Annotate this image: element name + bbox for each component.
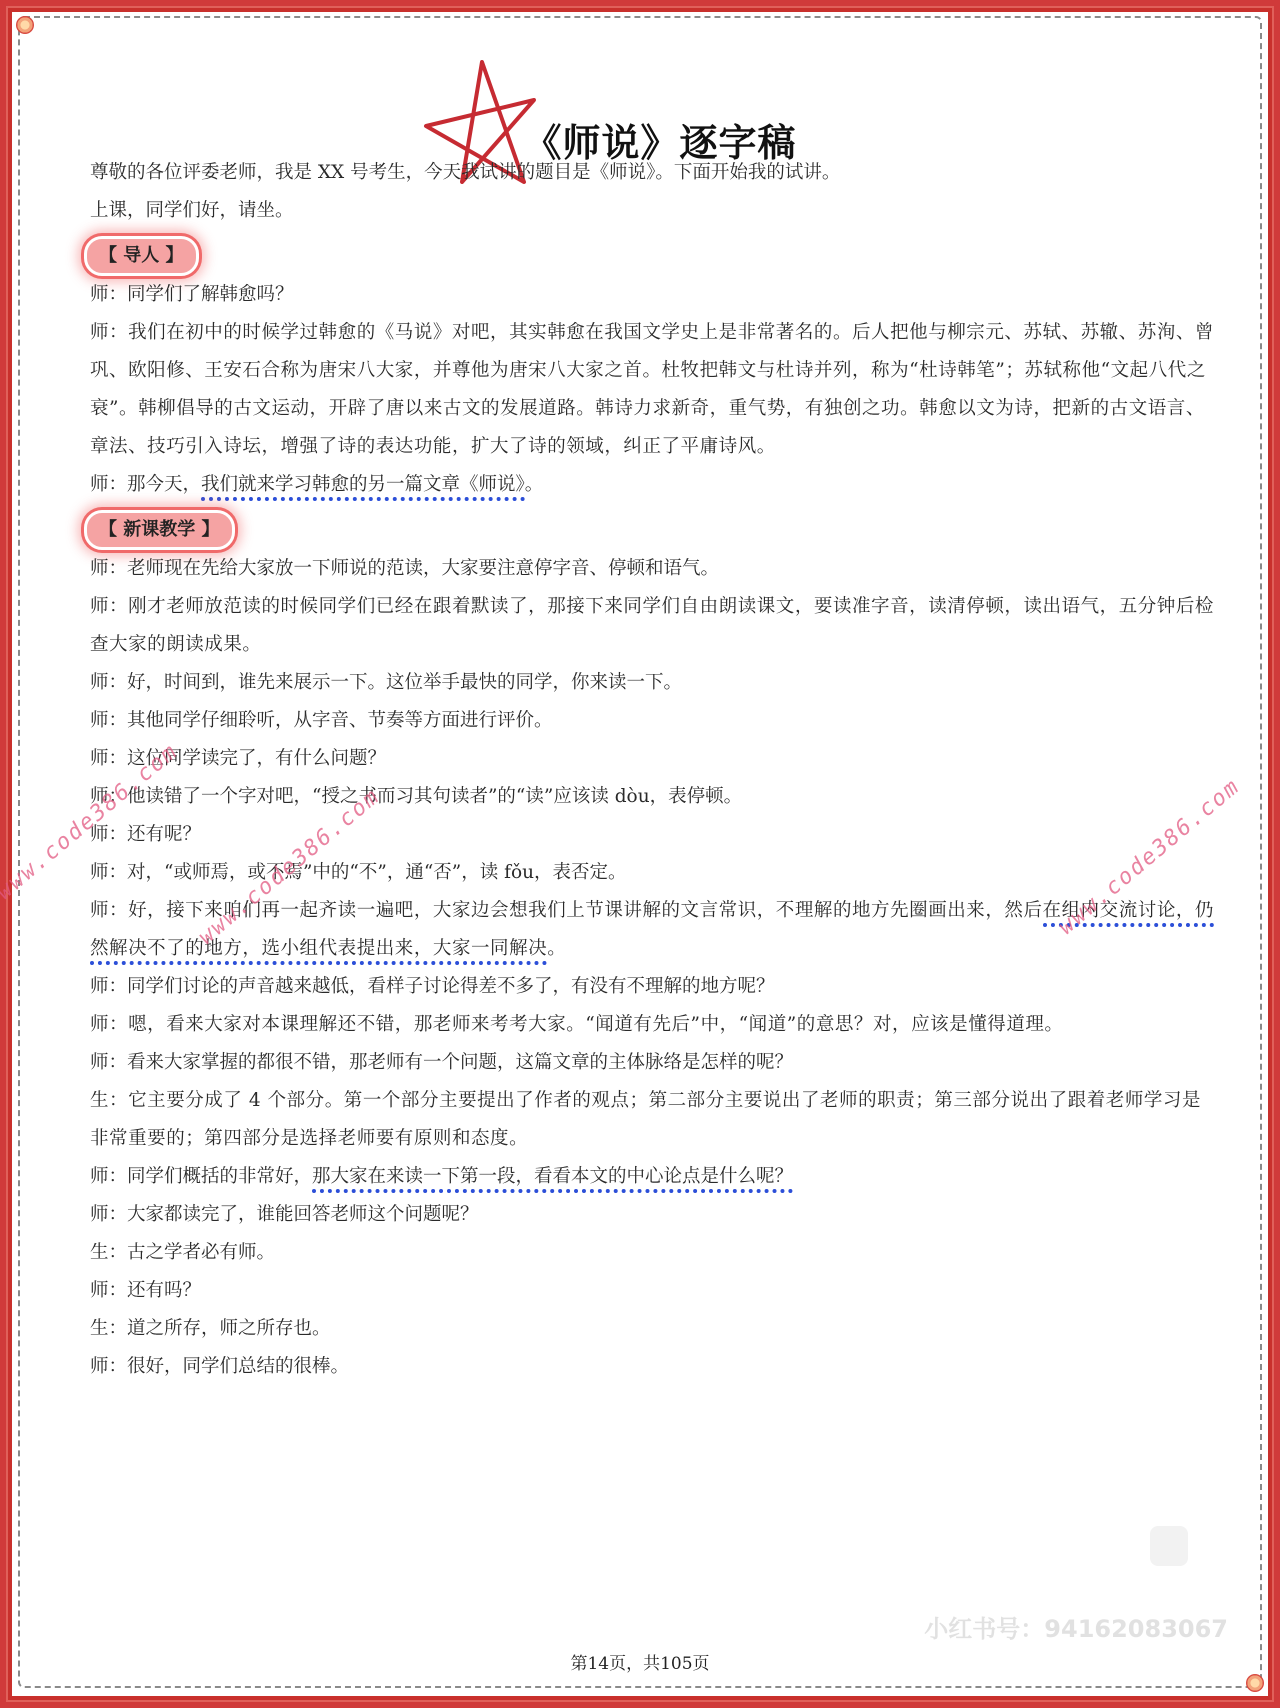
dialogue-line: 师：他读错了一个字对吧，“授之书而习其句读者”的“读”应该读 dòu，表停顿。 [90, 778, 1220, 816]
dialogue-line: 师：其他同学仔细聆听，从字音、节奏等方面进行评价。 [90, 702, 1220, 740]
dialogue-line: 生：古之学者必有师。 [90, 1234, 1220, 1272]
xiaohongshu-logo-icon [1150, 1526, 1188, 1566]
underlined-text: 我们就来学习韩愈的另一篇文章《师说》 [201, 474, 525, 501]
dialogue-line: 师：那今天，我们就来学习韩愈的另一篇文章《师说》。 [90, 466, 1220, 504]
dialogue-line: 师：刚才老师放范读的时候同学们已经在跟着默读了，那接下来同学们自由朗读课文，要读… [90, 588, 1220, 664]
document-page: 《师说》逐字稿 尊敬的各位评委老师，我是 XX 号考生，今天我试讲的题目是《师说… [12, 12, 1268, 1696]
xiaohongshu-id-watermark: 小红书号：94162083067 [924, 1609, 1228, 1644]
dialogue-line: 师：还有呢？ [90, 816, 1220, 854]
dialogue-line: 师：好，时间到，谁先来展示一下。这位举手最快的同学，你来读一下。 [90, 664, 1220, 702]
section-tag-new-lesson: 【 新课教学 】 [84, 510, 235, 550]
dialogue-line: 师：同学们了解韩愈吗？ [90, 276, 1220, 314]
underlined-text: 那大家在来读一下第一段，看看本文的中心论点是什么呢？ [312, 1166, 793, 1193]
dialogue-line: 师：还有吗？ [90, 1272, 1220, 1310]
flower-icon [1246, 1674, 1264, 1692]
intro-line: 尊敬的各位评委老师，我是 XX 号考生，今天我试讲的题目是《师说》。下面开始我的… [90, 154, 1220, 192]
dialogue-line: 师：很好，同学们总结的很棒。 [90, 1348, 1220, 1386]
section-tag-intro: 【 导人 】 [84, 236, 199, 276]
intro-line: 上课，同学们好，请坐。 [90, 192, 1220, 230]
dialogue-line: 生：它主要分成了 4 个部分。第一个部分主要提出了作者的观点；第二部分主要说出了… [90, 1082, 1220, 1158]
dialogue-line: 师：嗯，看来大家对本课理解还不错，那老师来考考大家。“闻道有先后”中，“闻道”的… [90, 1006, 1220, 1044]
dialogue-line: 师：老师现在先给大家放一下师说的范读，大家要注意停字音、停顿和语气。 [90, 550, 1220, 588]
dialogue-line: 师：同学们讨论的声音越来越低，看样子讨论得差不多了，有没有不理解的地方呢？ [90, 968, 1220, 1006]
dialogue-line: 师：看来大家掌握的都很不错，那老师有一个问题，这篇文章的主体脉络是怎样的呢？ [90, 1044, 1220, 1082]
title-area: 《师说》逐字稿 [12, 32, 1268, 162]
dialogue-line: 师：大家都读完了，谁能回答老师这个问题呢？ [90, 1196, 1220, 1234]
page-number: 第14页，共105页 [12, 1649, 1268, 1674]
document-body: 尊敬的各位评委老师，我是 XX 号考生，今天我试讲的题目是《师说》。下面开始我的… [90, 154, 1220, 1386]
dialogue-line: 生：道之所存，师之所存也。 [90, 1310, 1220, 1348]
dialogue-line: 师：同学们概括的非常好，那大家在来读一下第一段，看看本文的中心论点是什么呢？ [90, 1158, 1220, 1196]
dialogue-line: 师：我们在初中的时候学过韩愈的《马说》对吧，其实韩愈在我国文学史上是非常著名的。… [90, 314, 1220, 466]
dialogue-line: 师：这位同学读完了，有什么问题？ [90, 740, 1220, 778]
